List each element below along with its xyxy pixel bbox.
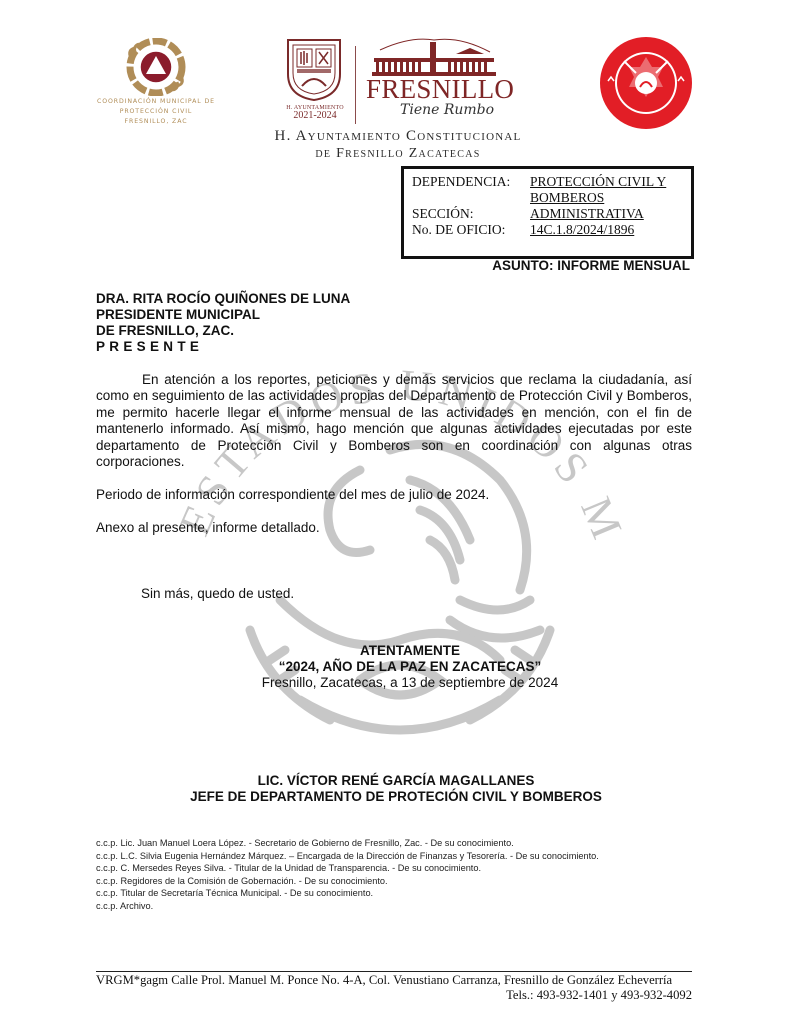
footer-phones: Tels.: 493-932-1401 y 493-932-4092 xyxy=(96,988,692,1003)
closing-block: ATENTAMENTE “2024, AÑO DE LA PAZ EN ZACA… xyxy=(200,643,620,691)
footer-address: VRGM*gagm Calle Prol. Manuel M. Ponce No… xyxy=(96,973,692,988)
seccion-label: SECCIÓN: xyxy=(412,206,530,222)
ccp-item: c.c.p. Regidores de la Comisión de Gober… xyxy=(96,875,599,888)
coat-of-arms-caption: H. AYUNTAMIENTO 2021-2024 xyxy=(282,105,348,121)
closing-phrase: Sin más, quedo de usted. xyxy=(141,586,294,601)
oficio-label: No. DE OFICIO: xyxy=(412,222,530,238)
recipient-title: PRESIDENTE MUNICIPAL xyxy=(96,307,350,323)
municipal-coat-of-arms-icon xyxy=(284,36,344,102)
ayuntamiento-heading: H. Ayuntamiento Constitucional de Fresni… xyxy=(253,128,543,162)
fresnillo-tagline: Tiene Rumbo xyxy=(400,102,494,118)
fresnillo-logo: H. AYUNTAMIENTO 2021-2024 FRESNILLO Tien… xyxy=(282,36,542,136)
place-date: Fresnillo, Zacatecas, a 13 de septiembre… xyxy=(200,675,620,691)
subject-line: ASUNTO: INFORME MENSUAL xyxy=(492,258,690,273)
annex-note: Anexo al presente, informe detallado. xyxy=(96,520,320,535)
signer-name: LIC. VÍCTOR RENÉ GARCÍA MAGALLANES xyxy=(140,773,652,789)
ccp-item: c.c.p. C. Mersedes Reyes Silva. - Titula… xyxy=(96,862,599,875)
proteccion-civil-caption-1: COORDINACIÓN MUNICIPAL DE xyxy=(92,98,220,106)
ayuntamiento-line-2: de Fresnillo Zacatecas xyxy=(253,145,543,162)
signer-position: JEFE DE DEPARTAMENTO DE PROTECIÓN CIVIL … xyxy=(140,789,652,805)
document-info-box: DEPENDENCIA: PROTECCIÓN CIVIL Y BOMBEROS… xyxy=(401,166,694,259)
term-years: 2021-2024 xyxy=(282,111,348,121)
info-row-dependencia: DEPENDENCIA: PROTECCIÓN CIVIL Y xyxy=(412,174,666,190)
recipient-block: DRA. RITA ROCÍO QUIÑONES DE LUNA PRESIDE… xyxy=(96,291,350,355)
fresnillo-wordmark: FRESNILLO xyxy=(366,74,514,105)
oficio-value: 14C.1.8/2024/1896 xyxy=(530,222,666,238)
signer-block: LIC. VÍCTOR RENÉ GARCÍA MAGALLANES JEFE … xyxy=(140,773,652,805)
ayuntamiento-line-1: H. Ayuntamiento Constitucional xyxy=(253,128,543,145)
proteccion-civil-emblem-icon xyxy=(125,38,187,96)
ccp-item: c.c.p. Titular de Secretaría Técnica Mun… xyxy=(96,887,599,900)
ccp-item: c.c.p. Archivo. xyxy=(96,900,599,913)
report-period: Periodo de información correspondiente d… xyxy=(96,487,489,502)
proteccion-civil-caption-3: FRESNILLO, ZAC xyxy=(92,118,220,126)
proteccion-civil-logo: COORDINACIÓN MUNICIPAL DE PROTECCIÓN CIV… xyxy=(92,38,220,126)
dependencia-label: DEPENDENCIA: xyxy=(412,174,530,190)
bomberos-emblem-icon xyxy=(598,35,694,131)
document-info-table: DEPENDENCIA: PROTECCIÓN CIVIL Y BOMBEROS… xyxy=(412,174,666,238)
ccp-item: c.c.p. Lic. Juan Manuel Loera López. - S… xyxy=(96,837,599,850)
atentamente-label: ATENTAMENTE xyxy=(200,643,620,659)
recipient-place: DE FRESNILLO, ZAC. xyxy=(96,323,350,339)
dependencia-value: PROTECCIÓN CIVIL Y xyxy=(530,174,666,190)
carbon-copy-list: c.c.p. Lic. Juan Manuel Loera López. - S… xyxy=(96,837,599,912)
info-row-seccion: SECCIÓN: ADMINISTRATIVA xyxy=(412,206,666,222)
seccion-value: ADMINISTRATIVA xyxy=(530,206,666,222)
body-paragraph: En atención a los reportes, peticiones y… xyxy=(96,372,692,470)
letter-body: En atención a los reportes, peticiones y… xyxy=(96,372,692,470)
info-row-oficio: No. DE OFICIO: 14C.1.8/2024/1896 xyxy=(412,222,666,238)
year-motto: “2024, AÑO DE LA PAZ EN ZACATECAS” xyxy=(200,659,620,675)
recipient-name: DRA. RITA ROCÍO QUIÑONES DE LUNA xyxy=(96,291,350,307)
footer-divider xyxy=(96,971,692,972)
info-row-dependencia-cont: BOMBEROS xyxy=(412,190,666,206)
logo-divider xyxy=(355,46,356,124)
proteccion-civil-caption-2: PROTECCIÓN CIVIL xyxy=(92,108,220,116)
dependencia-value-cont: BOMBEROS xyxy=(530,190,666,206)
footer: VRGM*gagm Calle Prol. Manuel M. Ponce No… xyxy=(96,973,692,1003)
presente-label: PRESENTE xyxy=(96,339,350,355)
ccp-item: c.c.p. L.C. Silvia Eugenia Hernández Már… xyxy=(96,850,599,863)
fresnillo-skyline-icon xyxy=(370,36,498,76)
